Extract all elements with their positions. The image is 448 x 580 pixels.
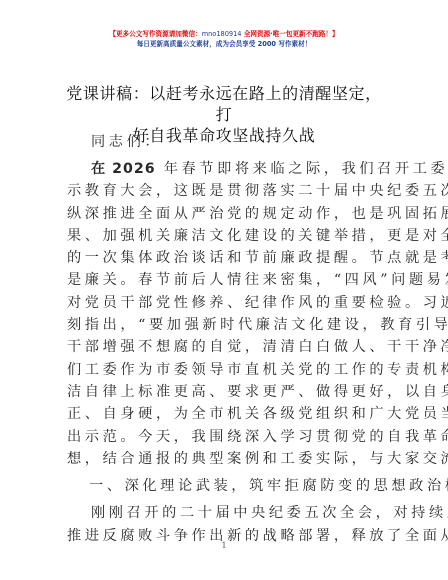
promo-text-prefix: 【更多公文写作资源请加微信： xyxy=(109,30,201,38)
page-number: 1 xyxy=(0,541,448,550)
promo-text-suffix: 全网资源·唯一包更新不跑路！】 xyxy=(242,30,339,38)
paragraph-2-line: 刚刚召开的二十届中央纪委五次全会，对持续发力、纵深 xyxy=(67,502,383,524)
paragraph-1-line: 想，结合通报的典型案例和工委实际，与大家交流几点意见。 xyxy=(67,448,383,470)
paragraph-1-line: 们工委作为市委领导市直机关党的工作的专责机构，必须在廉 xyxy=(67,359,383,381)
wechat-id: mno180914 xyxy=(202,30,242,38)
paragraph-1-line: 在 2026 年春节即将来临之际，我们召开工委机关廉政警 xyxy=(67,158,383,180)
greeting: 同志们： xyxy=(67,131,383,158)
paragraph-1-line: 干部增强不想腐的自觉，清清白白做人、干干净净做事。”我 xyxy=(67,336,383,358)
paragraph-1-line: 纵深推进全面从严治党的规定动作，也是巩固拓展主题教育成 xyxy=(67,203,383,225)
paragraph-1-line: 刻指出，“要加强新时代廉洁文化建设，教育引导广大党员、 xyxy=(67,314,383,336)
paragraph-1-line: 示教育大会，这既是贯彻落实二十届中央纪委五次全会精神、 xyxy=(67,180,383,202)
paragraph-lead: 在 2026 xyxy=(91,161,156,177)
paragraph-1-line: 果、加强机关廉洁文化建设的关键举措，更是对全体党员干部 xyxy=(67,225,383,247)
paragraph-1-line: 的一次集体政治谈话和节前廉政提醒。节点就是考点，年关亦 xyxy=(67,247,383,269)
paragraph-1-line: 出示范。今天，我围绕深入学习贯彻党的自我革命重要战略思 xyxy=(67,426,383,448)
document-page: 【更多公文写作资源请加微信：mno180914 全网资源·唯一包更新不跑路！】 … xyxy=(0,0,448,580)
promo-banner-line-2: 每日更新高质量公文素材，成为会员享受 2000 写作素材！ xyxy=(0,40,448,49)
paragraph-1-line: 正、自身硬，为全市机关各级党组织和广大党员当好表率、作 xyxy=(67,403,383,425)
section-heading-1: 一、深化理论武装，筑牢拒腐防变的思想政治根基 xyxy=(67,475,383,497)
paragraph-text: 年春节即将来临之际，我们召开工委机关廉政警 xyxy=(156,161,448,177)
document-body: 同志们： 在 2026 年春节即将来临之际，我们召开工委机关廉政警 示教育大会，… xyxy=(67,131,383,547)
paragraph-1-line: 对党员干部党性修养、纪律作风的重要检验。习近平总书记深 xyxy=(67,292,383,314)
promo-banner-line-1: 【更多公文写作资源请加微信：mno180914 全网资源·唯一包更新不跑路！】 xyxy=(0,30,448,39)
title-line-1: 党课讲稿：以赶考永远在路上的清醒坚定，打 xyxy=(66,83,382,125)
paragraph-1-line: 洁自律上标准更高、要求更严、做得更好，以自身清、自身 xyxy=(67,381,383,403)
paragraph-1-line: 是廉关。春节前后人情往来密集，“四风”问题易发高发，是 xyxy=(67,269,383,291)
